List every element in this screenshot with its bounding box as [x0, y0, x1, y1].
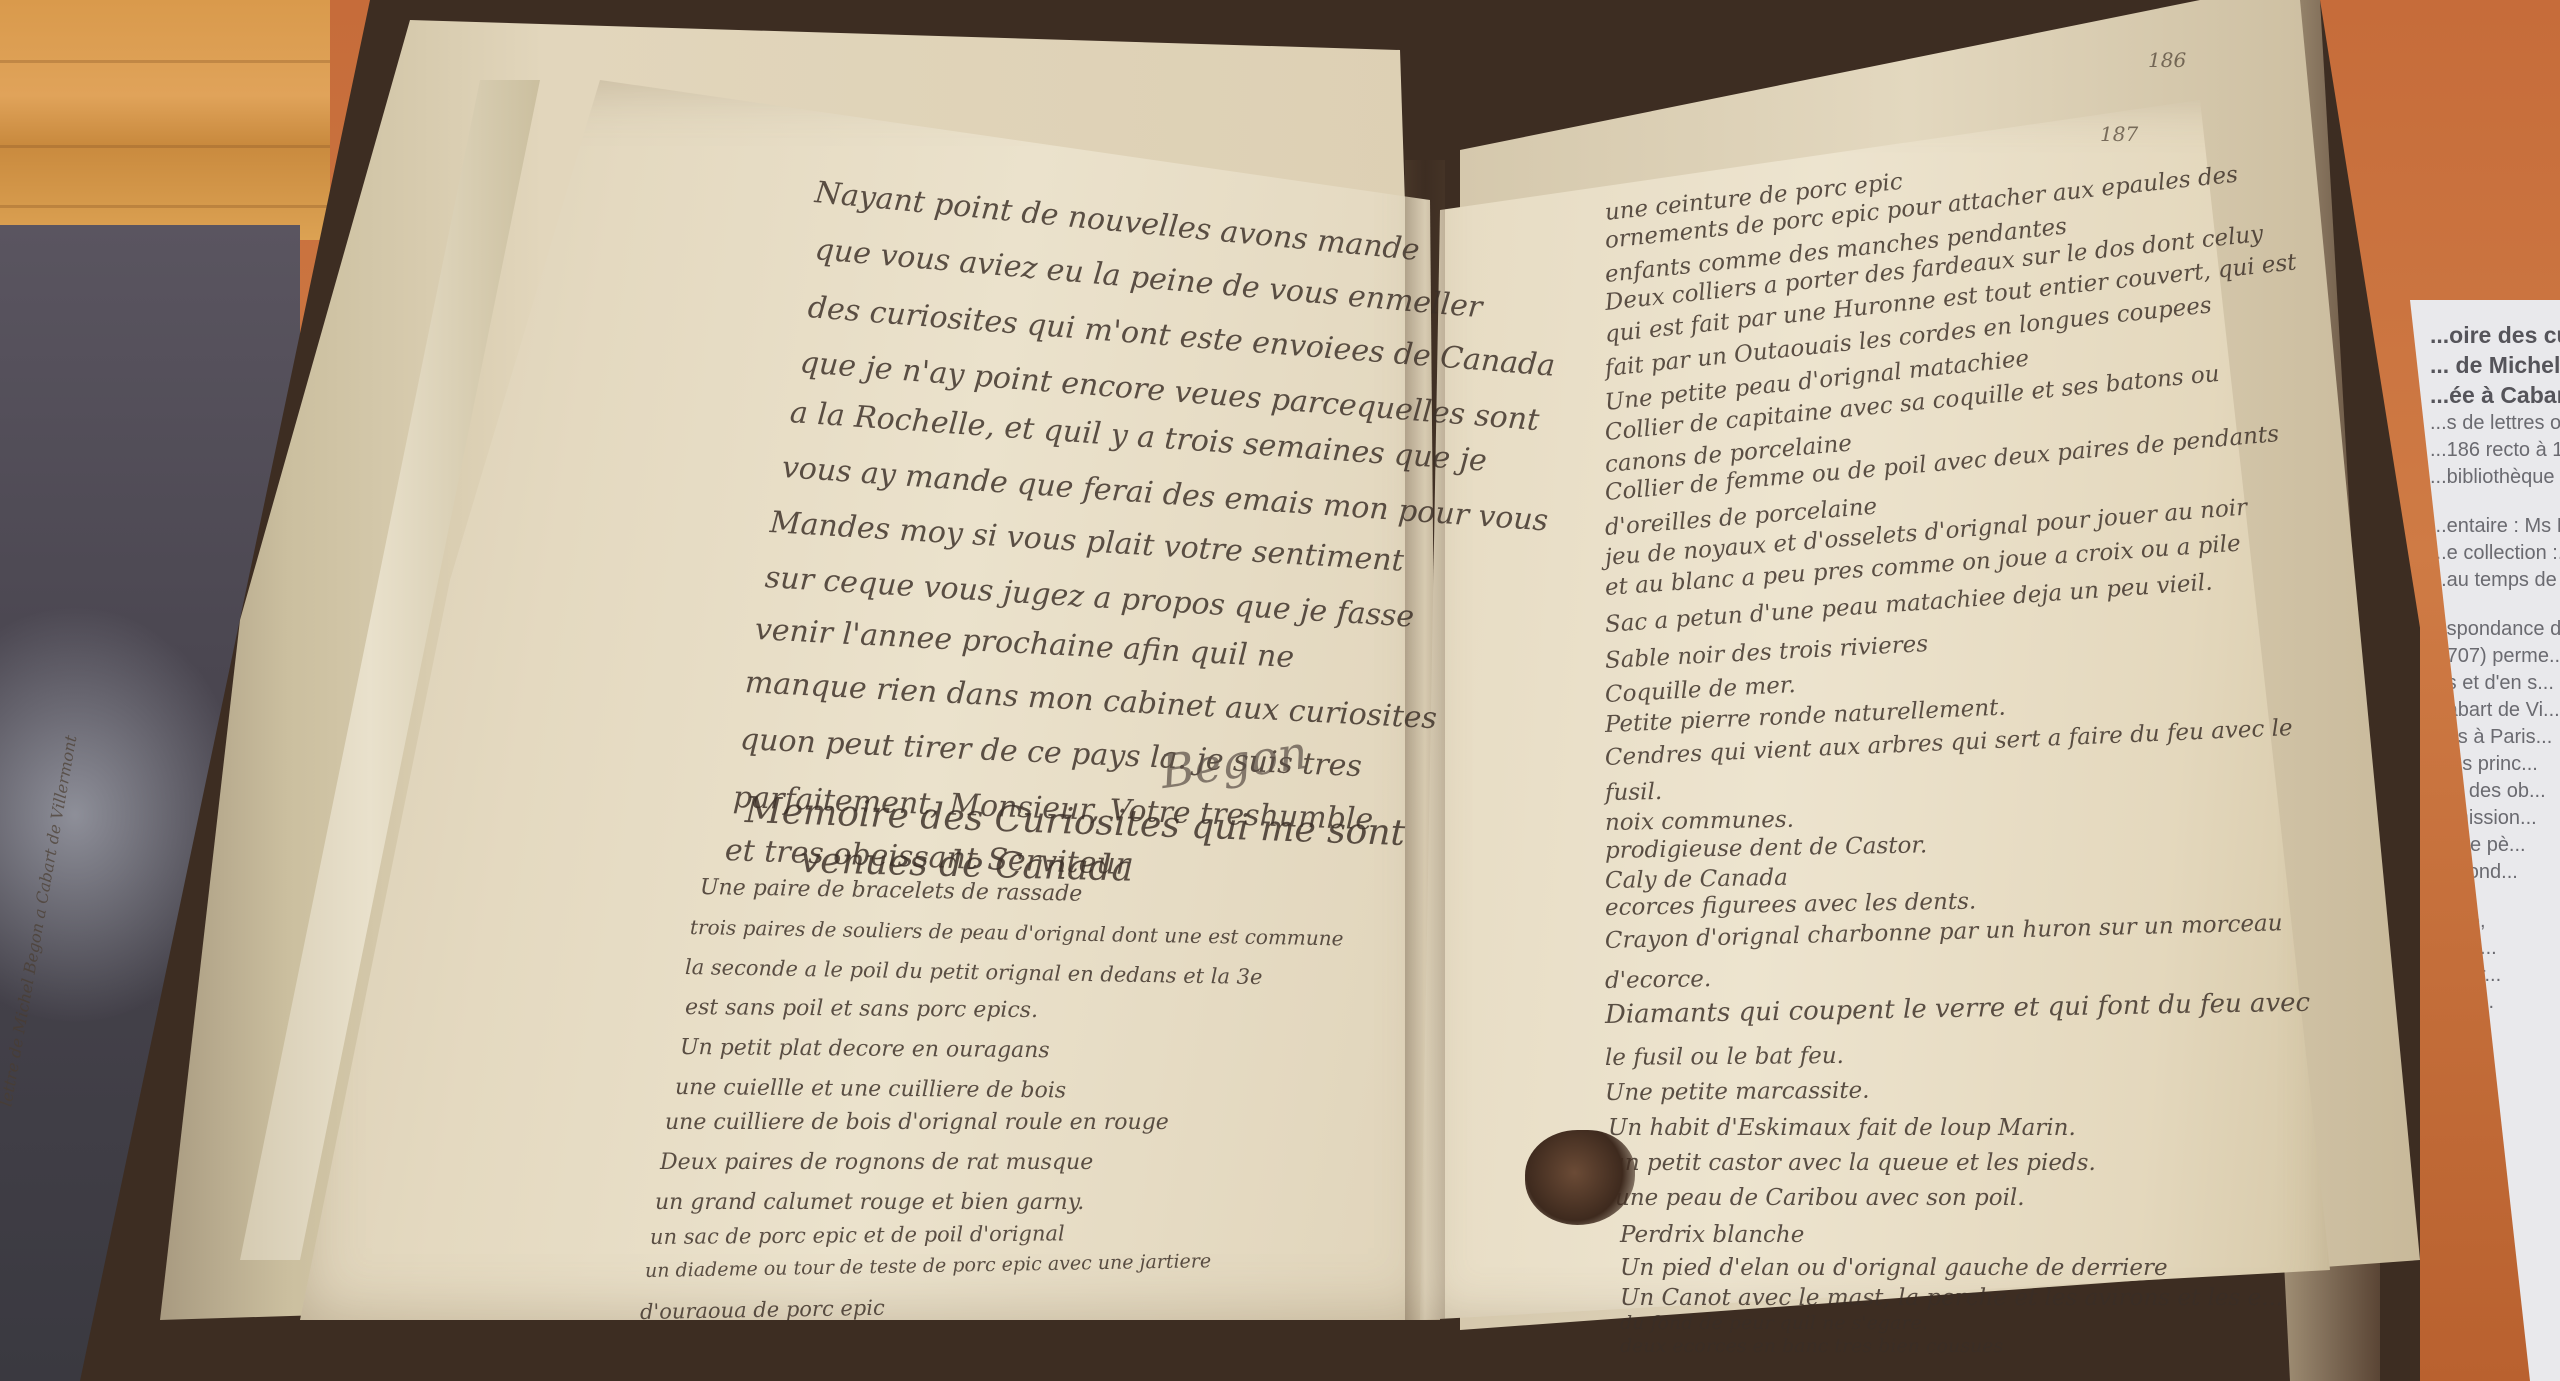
wood-grain [0, 145, 330, 148]
list-line: Un habit d'Eskimaux fait de loup Marin. [1608, 1115, 2076, 1141]
list-line: Un pied d'elan ou d'orignal gauche de de… [1620, 1255, 2168, 1281]
list-line: Une petite marcassite. [1605, 1078, 1870, 1106]
list-line: du fond de peur quil ne s'egare. [1620, 1312, 1928, 1334]
corner-folio-number: 186 [2148, 48, 2186, 72]
wood-grain [0, 205, 330, 208]
list-line: Un Canot avec le mast, la perche et les … [1620, 1285, 2283, 1311]
list-line: d'ouraoua de porc epic [640, 1296, 885, 1324]
placard-body-line: ...spondance d... [2430, 616, 2560, 643]
placard-body-line: ...s de lettres ori... [2430, 410, 2560, 437]
list-line: un grand calumet rouge et bien garny. [655, 1190, 1084, 1215]
list-line: Perdrix blanche [1620, 1222, 1804, 1248]
placard-body-line: ...186 recto à 18... [2430, 437, 2560, 464]
list-line: Un petit plat decore en ouragans [680, 1035, 1050, 1063]
wood-shelf [0, 0, 330, 240]
placard-title-line: ...ée à Cabart de... [2430, 380, 2560, 410]
wood-grain [0, 60, 330, 63]
placard-body-line: ...au temps de l... [2430, 567, 2560, 594]
list-line: est sans poil et sans porc epics. [685, 995, 1038, 1023]
placard-body-line: ...e collection :... [2430, 540, 2560, 567]
list-line: une cuiellle et une cuilliere de bois [675, 1075, 1066, 1103]
list-line: Deux paires de rognons de rat musque [660, 1150, 1093, 1175]
placard-body-line: ...entaire : Ms Fr... [2430, 513, 2560, 540]
list-line: deux ecorces en banc tres bien cousues [1620, 1335, 2003, 1357]
list-line: un petit castor avec la queue et les pie… [1610, 1150, 2096, 1176]
placard-title-line: ...oire des curiosite... [2430, 320, 2560, 350]
list-line: fusil. [1605, 779, 1663, 806]
list-line: un sac de porc epic et de poil d'orignal [650, 1221, 1065, 1249]
book-gutter [1405, 160, 1445, 1320]
placard-body-line: ...bibliothèque na... [2430, 464, 2560, 491]
folio-number: 187 [2100, 122, 2138, 146]
placard-title-line: ... de Michel Bég... [2430, 350, 2560, 380]
list-line: Caly de Canada [1605, 865, 1788, 894]
list-line: noix communes. [1605, 807, 1794, 836]
list-line: le fusil ou le bat feu. [1605, 1043, 1844, 1071]
list-line: d'ecorce. [1605, 966, 1712, 994]
list-line: une peau de Caribou avec son poil. [1615, 1185, 2025, 1211]
list-line: une cuilliere de bois d'orignal roule en… [665, 1110, 1169, 1135]
